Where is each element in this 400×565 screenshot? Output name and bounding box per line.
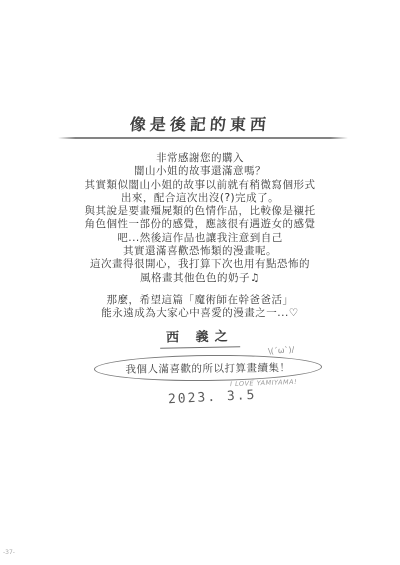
body-line: 這次畫得很開心，我打算下次也用有點恐怖的 bbox=[0, 258, 400, 271]
body-line: 其實還滿喜歡恐怖類的漫畫呢。 bbox=[0, 245, 400, 258]
body-line: 其實類似闇山小姐的故事以前就有稍微寫個形式 bbox=[0, 179, 400, 192]
body-line: 與其說是要畫殭屍類的色情作品，比較像是襯托 bbox=[0, 205, 400, 218]
body-line: 吧...然後這作品也讓我注意到自己 bbox=[0, 232, 400, 245]
body-line: 闇山小姐的故事還滿意嗎？ bbox=[0, 165, 400, 178]
english-note: I LOVE YAMIYAMA! bbox=[230, 378, 297, 388]
title-underline bbox=[58, 137, 348, 139]
afterword-page: 像是後記的東西 非常感謝您的購入 闇山小姐的故事還滿意嗎？ 其實類似闇山小姐的故… bbox=[0, 0, 400, 565]
handwritten-date: 2023. 3.5 bbox=[168, 388, 257, 408]
kaomoji: \(´ω`)/ bbox=[268, 345, 295, 356]
title-wrap: 像是後記的東西 bbox=[0, 112, 400, 135]
author-signature-wrap: 西 義之 bbox=[0, 326, 400, 348]
body-line: 出來，配合這次出沒(?)完成了。 bbox=[0, 192, 400, 205]
page-title: 像是後記的東西 bbox=[129, 112, 271, 135]
body-text: 非常感謝您的購入 闇山小姐的故事還滿意嗎？ 其實類似闇山小姐的故事以前就有稍微寫… bbox=[0, 152, 400, 285]
closing-text: 那麼，希望這篇「魔術師在幹爸爸活」 能永遠成為大家心中喜愛的漫畫之一...♡ bbox=[0, 294, 400, 321]
body-line: 角色個性一部份的感覺，應該很有遇遊女的感覺 bbox=[0, 218, 400, 231]
author-signature: 西 義之 bbox=[160, 325, 240, 348]
closing-line: 能永遠成為大家心中喜愛的漫畫之一...♡ bbox=[0, 307, 400, 320]
page-number: -37- bbox=[3, 549, 15, 556]
note-bubble-text: 我個人滿喜歡的所以打算畫續集！ bbox=[125, 360, 290, 377]
body-line: 風格畫其他色色的奶子♫ bbox=[0, 272, 400, 285]
body-line: 非常感謝您的購入 bbox=[0, 152, 400, 165]
closing-line: 那麼，希望這篇「魔術師在幹爸爸活」 bbox=[0, 294, 400, 307]
